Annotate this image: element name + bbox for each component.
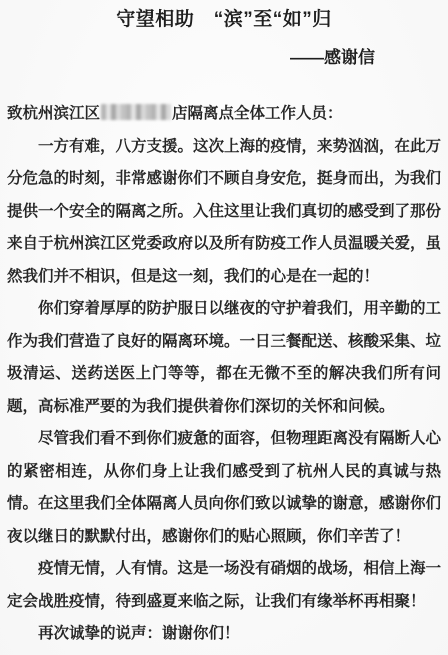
paragraph: 疫情无情，人有情。这是一场没有硝烟的战场，相信上海一定会战胜疫情，待到盛夏来临之… — [7, 553, 441, 618]
salutation-suffix: 店隔离点全体工作人员： — [172, 105, 343, 122]
letter-page: 守望相助 “滨”至“如”归 ——感谢信 致杭州滨江区店隔离点全体工作人员： 一方… — [0, 0, 448, 655]
closing-line: 再次诚挚的说声：谢谢你们！ — [7, 618, 441, 651]
paragraph: 一方有难，八方支援。这次上海的疫情，来势汹汹，在此万分危急的时刻，非常感谢你们不… — [7, 131, 441, 294]
redacted-hotel-name — [101, 104, 171, 120]
paragraph: 尽管我们看不到你们疲惫的面容，但物理距离没有隔断人心的紧密相连，从你们身上让我们… — [7, 423, 441, 553]
salutation-line: 致杭州滨江区店隔离点全体工作人员： — [7, 98, 441, 131]
letter-title: 守望相助 “滨”至“如”归 — [7, 8, 441, 32]
paragraph: 你们穿着厚厚的防护服日以继夜的守护着我们，用辛勤的工作为我们营造了良好的隔离环境… — [7, 293, 441, 423]
letter-subtitle: ——感谢信 — [7, 46, 441, 70]
letter-body: 致杭州滨江区店隔离点全体工作人员： 一方有难，八方支援。这次上海的疫情，来势汹汹… — [7, 98, 441, 651]
salutation-prefix: 致杭州滨江区 — [7, 105, 100, 122]
